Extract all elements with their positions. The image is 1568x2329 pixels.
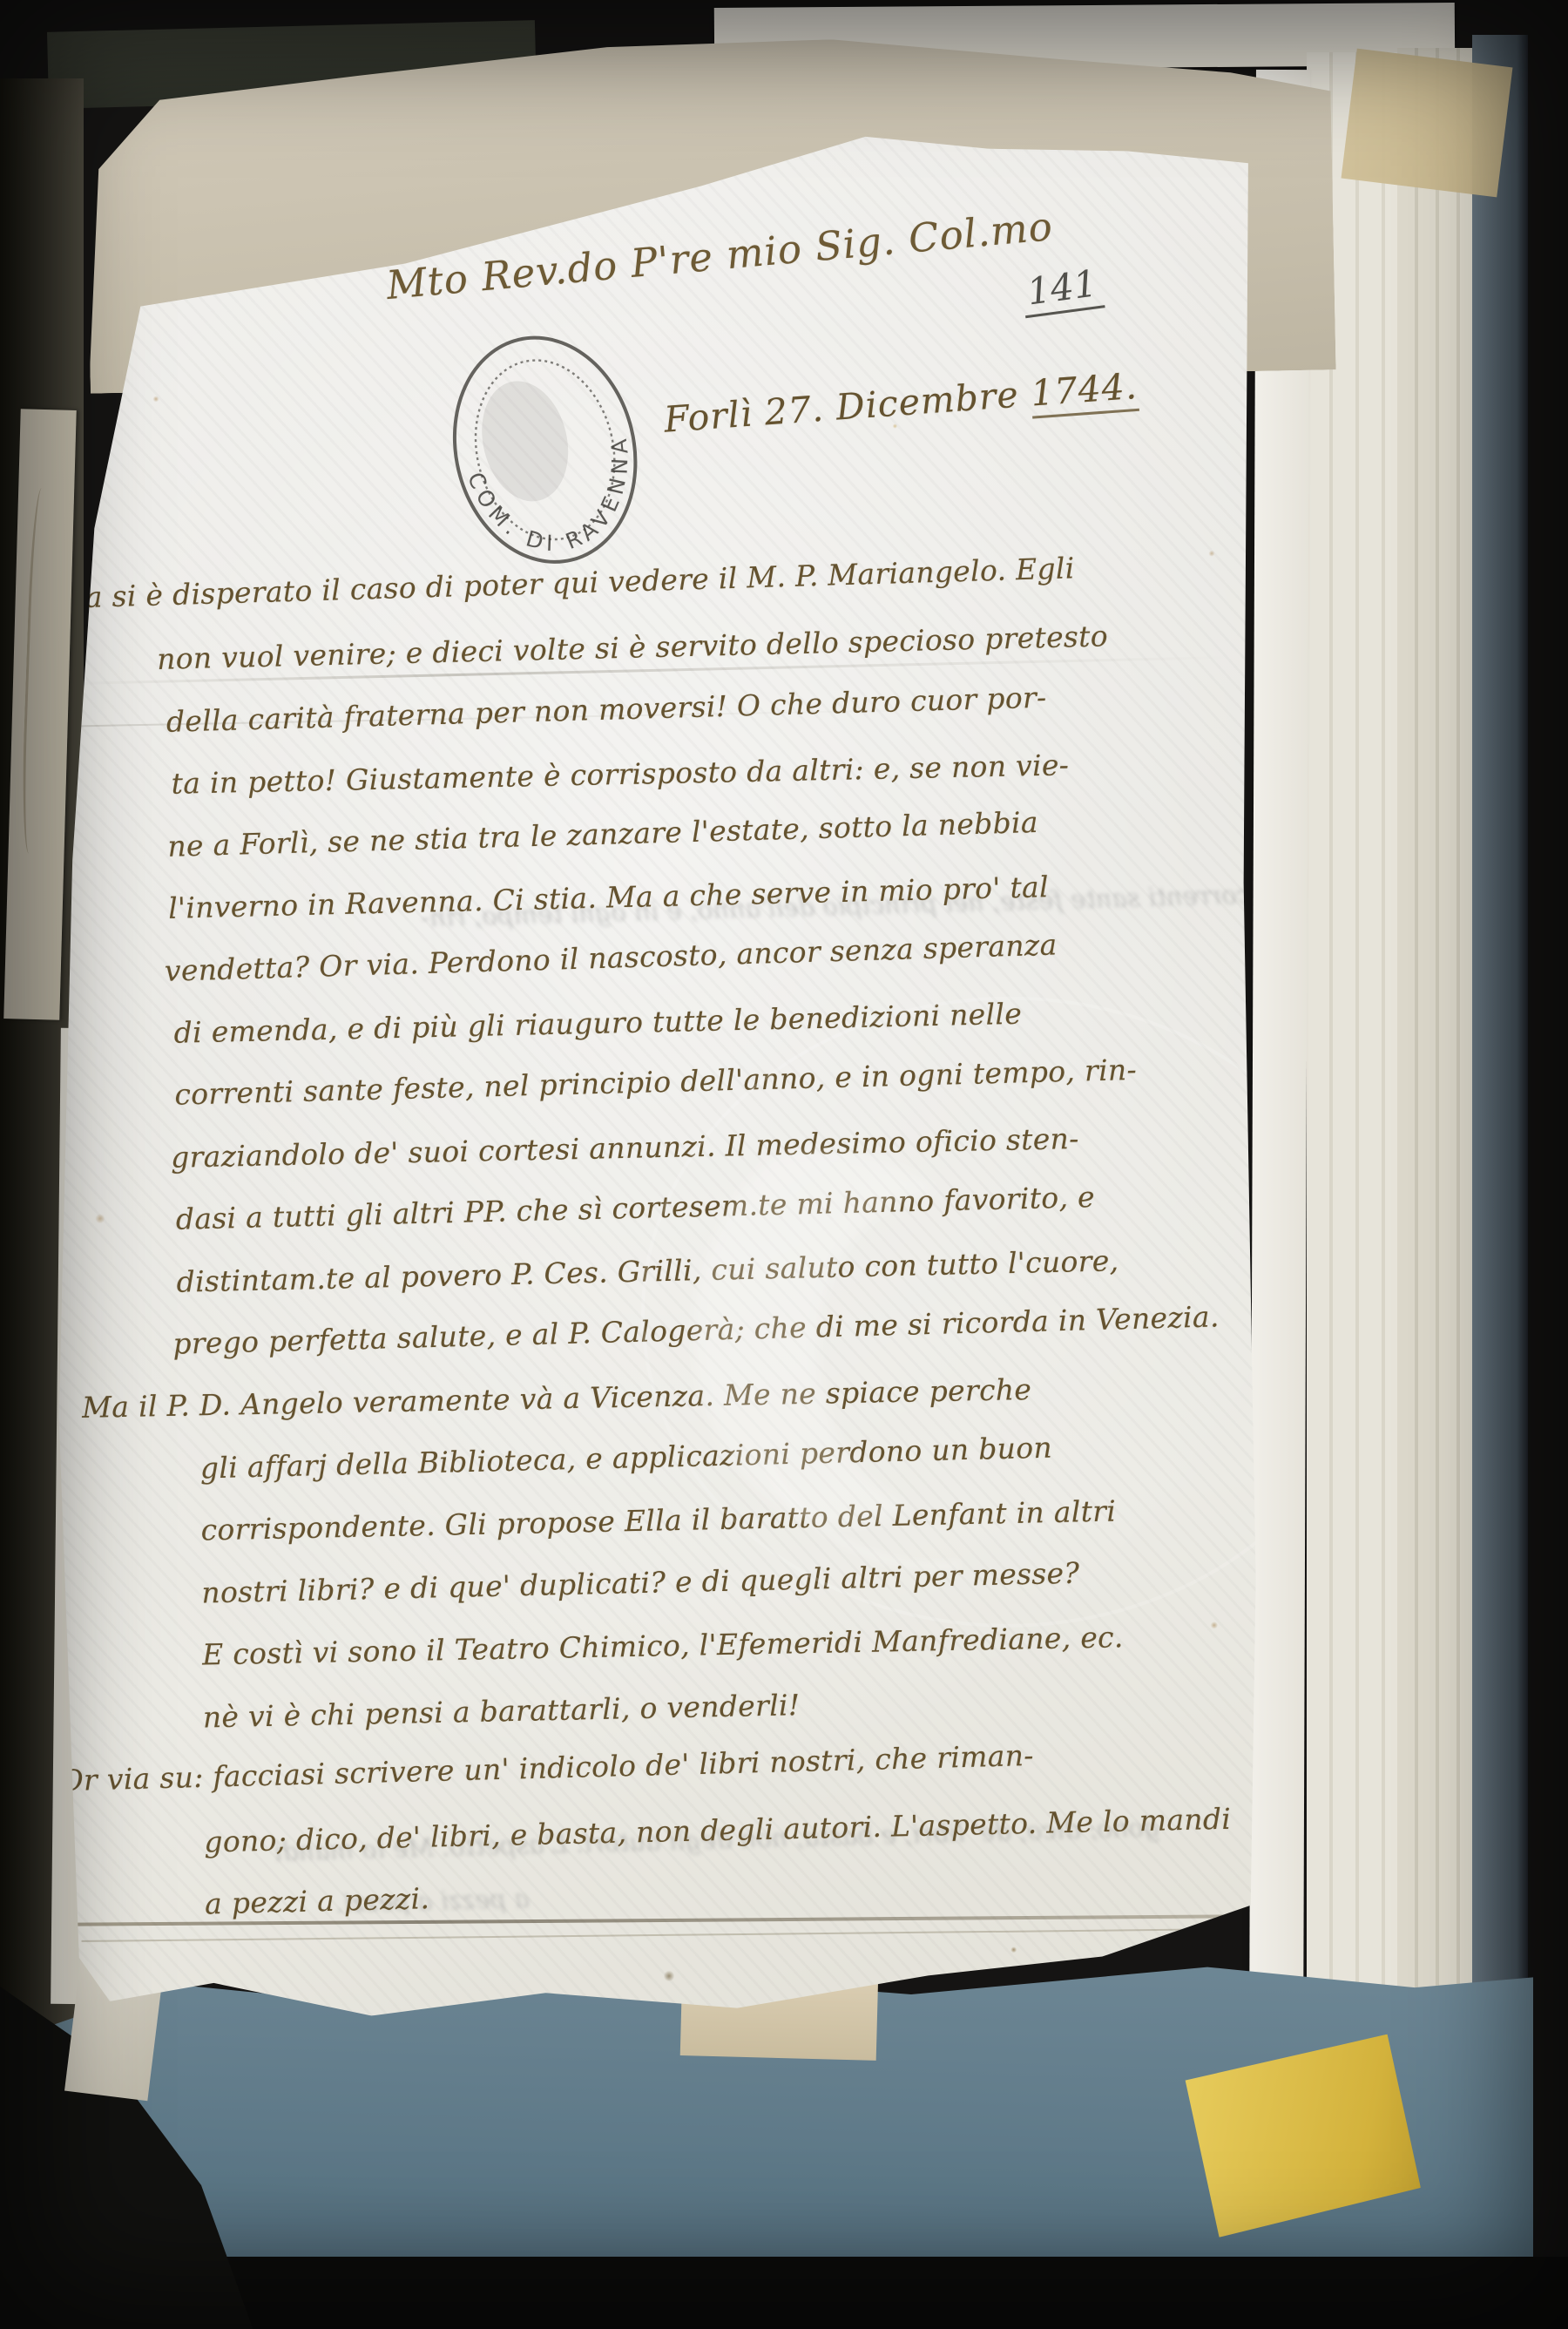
manuscript-photo: gono; dico, de' libri, e basta, non degl… (0, 0, 1568, 2329)
cover-right-edge (1472, 35, 1528, 2265)
dateline-year: 1744. (1030, 365, 1139, 419)
page-stack-right-outer (1397, 48, 1472, 2078)
manuscript-line-22: a pezzi a pezzi. (205, 1881, 430, 1920)
letter-sheet: gono; dico, de' libri, e basta, non degl… (38, 98, 1269, 2019)
tape-top-right (1342, 49, 1513, 198)
